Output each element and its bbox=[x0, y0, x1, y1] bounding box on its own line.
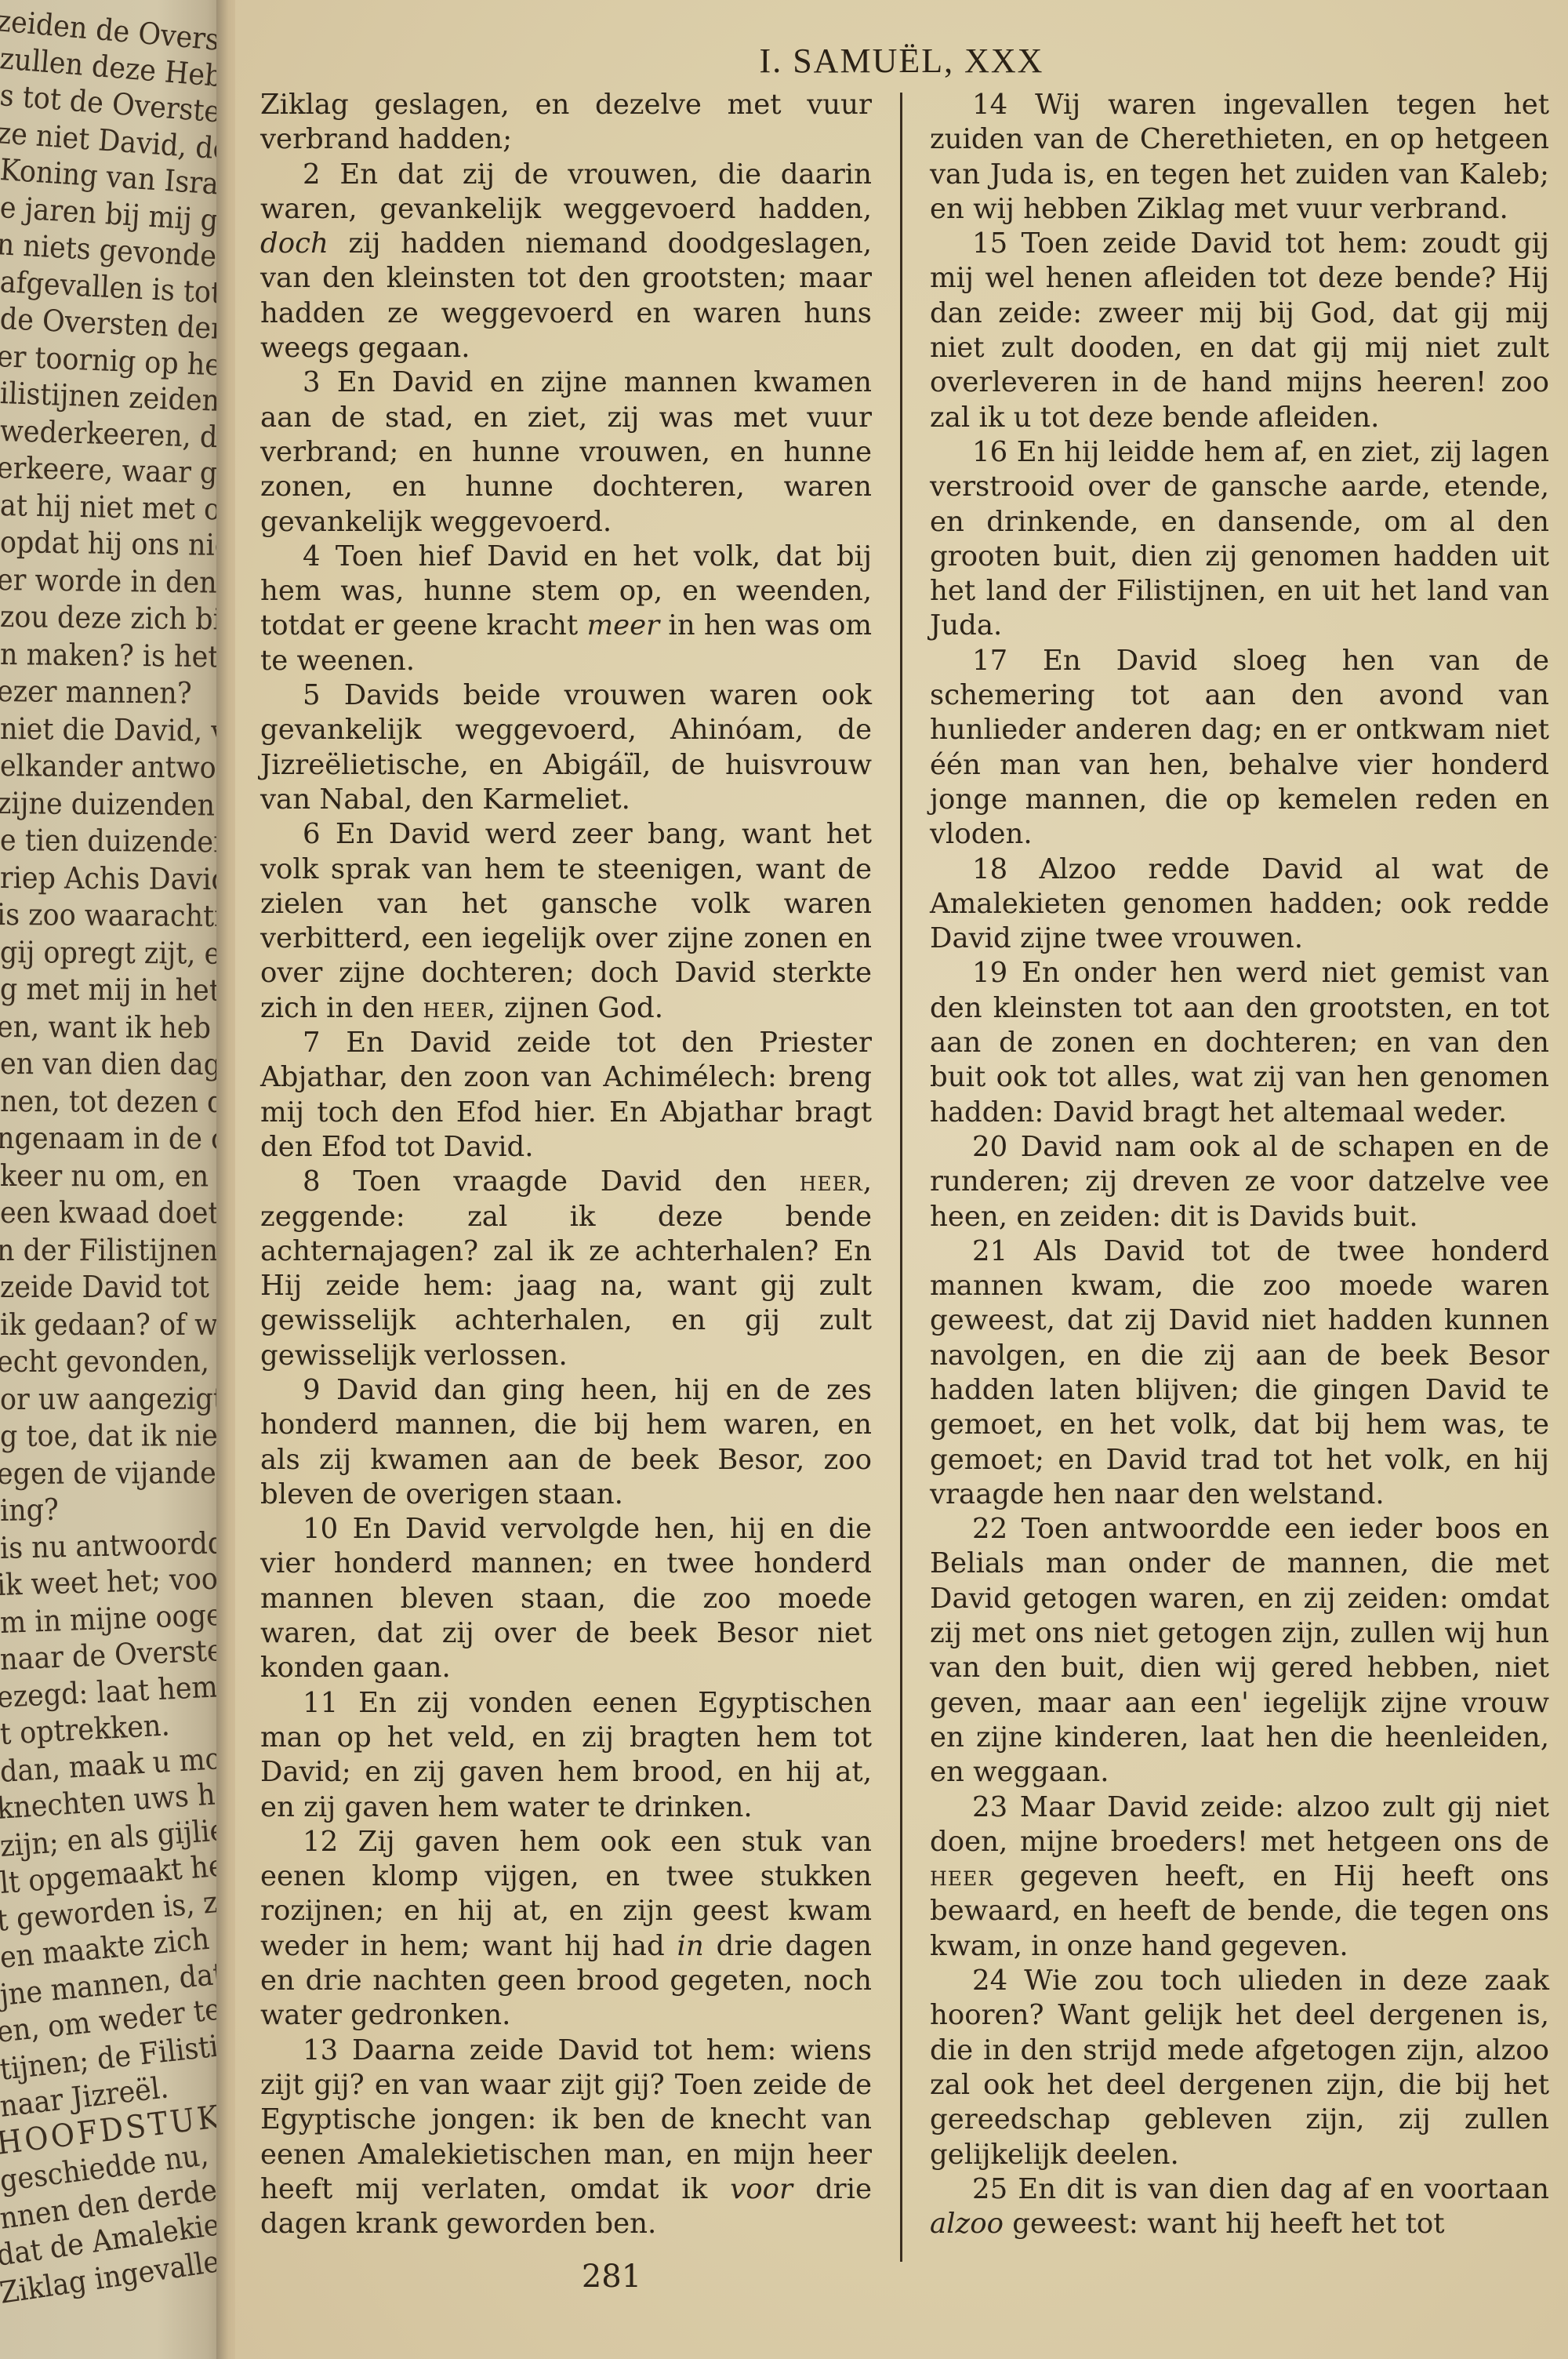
verse: 12 Zij gaven hem ook een stuk van eenen … bbox=[260, 1825, 872, 2034]
facing-page-line: is zoo waarachtig als bbox=[0, 897, 224, 934]
running-head: I. SAMUËL, XXX bbox=[235, 41, 1568, 81]
verse: 15 Toen zeide David tot hem: zoudt gij m… bbox=[930, 227, 1549, 435]
facing-page-line: echt gevonden, van dien bbox=[0, 1343, 224, 1379]
verse-number: 3 bbox=[303, 366, 337, 398]
right-column: 14 Wij waren ingevallen tegen het zuiden… bbox=[930, 88, 1549, 2241]
verse: 9 David dan ging heen, hij en de zes hon… bbox=[260, 1373, 872, 1512]
verse: 18 Alzoo redde David al wat de Amalekiet… bbox=[930, 852, 1549, 957]
verse-text: En David zeide tot den Priester Abjathar… bbox=[260, 1027, 872, 1163]
verse-text: geweest: want hij heeft het tot bbox=[1004, 2208, 1445, 2240]
verse-text: Toen antwoordde een ieder boos en Belial… bbox=[930, 1513, 1549, 1788]
verse-number: 10 bbox=[303, 1513, 353, 1545]
verse: 21 Als David tot de twee honderd mannen … bbox=[930, 1234, 1549, 1512]
facing-page-line: g met mij in het leger is bbox=[0, 972, 224, 1008]
verse-text: David dan ging heen, hij en de zes honde… bbox=[260, 1374, 872, 1510]
verse-number: 12 bbox=[303, 1826, 358, 1858]
verse-text: meer bbox=[586, 609, 659, 642]
verse-number: 17 bbox=[972, 645, 1043, 677]
verse-number: 15 bbox=[972, 227, 1022, 260]
facing-page-line: wederkeeren, dat hij bbox=[0, 413, 224, 456]
verse: 7 En David zeide tot den Priester Abjath… bbox=[260, 1026, 872, 1165]
verse: 3 En David en zijne mannen kwamen aan de… bbox=[260, 365, 872, 539]
facing-page-line: zijne duizenden geslagen bbox=[0, 786, 224, 823]
facing-page-line: e tien duizenden? bbox=[0, 823, 224, 860]
facing-page-line: or uw aangezigt geweest bbox=[0, 1381, 224, 1416]
verse-text: , zijnen God. bbox=[487, 992, 663, 1024]
verse-text: in bbox=[677, 1930, 704, 1962]
verse-text: zij hadden niemand doodgeslagen, van den… bbox=[260, 227, 872, 364]
verse: 23 Maar David zeide: alzoo zult gij niet… bbox=[930, 1790, 1549, 1964]
facing-page: zeiden de Oversten dezullen deze Hebreeë… bbox=[0, 0, 224, 2359]
verse-text: Als David tot de twee honderd mannen kwa… bbox=[930, 1235, 1549, 1510]
verse: 16 En hij leidde hem af, en ziet, zij la… bbox=[930, 435, 1549, 644]
facing-page-line: ing? bbox=[0, 1492, 59, 1528]
verse: 4 Toen hief David en het volk, dat bij h… bbox=[260, 540, 872, 678]
verse-number: 6 bbox=[303, 818, 336, 850]
facing-page-line: t optrekken. bbox=[0, 1707, 171, 1751]
verse-text: Toen vraagde David den bbox=[353, 1165, 799, 1198]
verse-text: En dit is van dien dag af en voortaan bbox=[1018, 2173, 1549, 2205]
verse-text: En David vervolgde hen, hij en die vier … bbox=[260, 1513, 872, 1684]
facing-page-line: een kwaad doet in de o bbox=[0, 1195, 224, 1230]
verse: 25 En dit is van dien dag af en voortaan… bbox=[930, 2172, 1549, 2242]
facing-page-line: g toe, dat ik niet zal bbox=[0, 1418, 224, 1453]
facing-page-line: ngenaam in de oogen der bbox=[0, 1121, 224, 1156]
verse-text: gegeven heeft, en Hij heeft ons bewaard,… bbox=[930, 1860, 1549, 1962]
facing-page-line: opdat hij ons niet tot bbox=[0, 525, 224, 563]
facing-page-line: keer nu om, en ga in v bbox=[0, 1158, 224, 1194]
verse-text: En hij leidde hem af, en ziet, zij lagen… bbox=[930, 436, 1549, 642]
verse: Ziklag geslagen, en dezelve met vuur ver… bbox=[260, 88, 872, 158]
verse: 13 Daarna zeide David tot hem: wiens zij… bbox=[260, 2034, 872, 2242]
verse-text: Toen zeide David tot hem: zoudt gij mij … bbox=[930, 227, 1549, 433]
verse: 24 Wie zou toch ulieden in deze zaak hoo… bbox=[930, 1964, 1549, 2172]
verse: 17 En David sloeg hen van de schemering … bbox=[930, 644, 1549, 852]
verse-text: voor bbox=[730, 2173, 793, 2205]
verse-text: heer bbox=[800, 1165, 863, 1198]
main-page: I. SAMUËL, XXX Ziklag geslagen, en dezel… bbox=[235, 0, 1568, 2359]
facing-page-line: niet die David, van den w bbox=[0, 711, 224, 750]
verse-number: 21 bbox=[972, 1235, 1034, 1267]
verse-number: 23 bbox=[972, 1791, 1020, 1823]
facing-page-line: n maken? is het niet bbox=[0, 637, 224, 674]
verse: 5 Davids beide vrouwen waren ook gevanke… bbox=[260, 678, 872, 817]
verse-text: alzoo bbox=[930, 2208, 1004, 2240]
verse-text: Maar David zeide: alzoo zult gij niet do… bbox=[930, 1791, 1549, 1858]
verse-text: Ziklag geslagen, en dezelve met vuur ver… bbox=[260, 89, 872, 155]
facing-page-line: n der Filistijnen. bbox=[0, 1233, 224, 1267]
facing-page-line: ik gedaan? of wat heb bbox=[0, 1307, 224, 1341]
verse-text: David nam ook al de schapen en de runder… bbox=[930, 1131, 1549, 1233]
verse-text: heer bbox=[930, 1860, 993, 1892]
verse-text: heer bbox=[423, 992, 486, 1024]
facing-page-line: egen de vijanden van mijn bbox=[0, 1455, 224, 1491]
facing-page-line: nen, tot dezen dag toe; bbox=[0, 1084, 224, 1119]
verse-number: 14 bbox=[972, 89, 1035, 121]
verse-number: 25 bbox=[972, 2173, 1018, 2205]
verse: 22 Toen antwoordde een ieder boos en Bel… bbox=[930, 1512, 1549, 1790]
verse-number: 18 bbox=[972, 853, 1040, 885]
facing-page-line: erkeere, waar gij hem bbox=[0, 450, 224, 493]
verse: 8 Toen vraagde David den heer, zeggende:… bbox=[260, 1165, 872, 1373]
page-number: 281 bbox=[533, 2259, 690, 2295]
column-divider bbox=[900, 93, 902, 2262]
verse: 11 En zij vonden eenen Egyptischen man o… bbox=[260, 1686, 872, 1825]
verse-text: En onder hen werd niet gemist van den kl… bbox=[930, 957, 1549, 1128]
verse: 2 En dat zij de vrouwen, die daarin ware… bbox=[260, 158, 872, 366]
verse-number: 2 bbox=[303, 158, 339, 191]
verse-text: En dat zij de vrouwen, die daarin waren,… bbox=[260, 158, 872, 225]
verse-number: 8 bbox=[303, 1165, 353, 1198]
verse: 6 En David werd zeer bang, want het volk… bbox=[260, 817, 872, 1026]
facing-page-line: er worde in den strijd bbox=[0, 562, 224, 601]
left-column: Ziklag geslagen, en dezelve met vuur ver… bbox=[260, 88, 872, 2241]
facing-page-line: is nu antwoordde en z bbox=[0, 1523, 224, 1565]
facing-page-line: gij opregt zijt, en uw u bbox=[0, 935, 224, 972]
verse-number: 22 bbox=[972, 1513, 1022, 1545]
verse-text: doch bbox=[260, 227, 328, 260]
verse-number: 24 bbox=[972, 1965, 1024, 1997]
facing-page-line: en van dien dag af, dat g bbox=[0, 1046, 224, 1082]
verse-number: 19 bbox=[972, 957, 1022, 989]
verse-text: En David en zijne mannen kwamen aan de s… bbox=[260, 366, 872, 537]
verse-number: 16 bbox=[972, 436, 1017, 468]
verse-number: 7 bbox=[303, 1027, 346, 1059]
verse-number: 20 bbox=[972, 1131, 1021, 1163]
verse-text: Davids beide vrouwen waren ook gevankeli… bbox=[260, 679, 872, 816]
verse-number: 9 bbox=[303, 1374, 336, 1406]
verse-number: 13 bbox=[303, 2034, 352, 2066]
facing-page-line: ik weet het; voorwaar bbox=[0, 1559, 224, 1602]
facing-page-line: riep Achis David, en z bbox=[0, 860, 224, 897]
verse: 14 Wij waren ingevallen tegen het zuiden… bbox=[930, 88, 1549, 227]
facing-page-line: elkander antwoordden, z bbox=[0, 748, 224, 786]
verse: 10 En David vervolgde hen, hij en die vi… bbox=[260, 1512, 872, 1685]
facing-page-line: zeide David tot Achis bbox=[0, 1270, 224, 1304]
verse: 20 David nam ook al de schapen en de run… bbox=[930, 1130, 1549, 1234]
facing-page-line: en, want ik heb geen k bbox=[0, 1009, 224, 1045]
verse: 19 En onder hen werd niet gemist van den… bbox=[930, 956, 1549, 1129]
verse-number: 5 bbox=[303, 679, 344, 711]
facing-page-line: ezer mannen? bbox=[0, 674, 192, 711]
verse-number: 4 bbox=[303, 540, 336, 572]
verse-number: 11 bbox=[303, 1687, 358, 1719]
facing-page-line: zou deze zich bij zijn bbox=[0, 599, 224, 638]
facing-page-line: at hij niet met ons af bbox=[0, 488, 224, 528]
